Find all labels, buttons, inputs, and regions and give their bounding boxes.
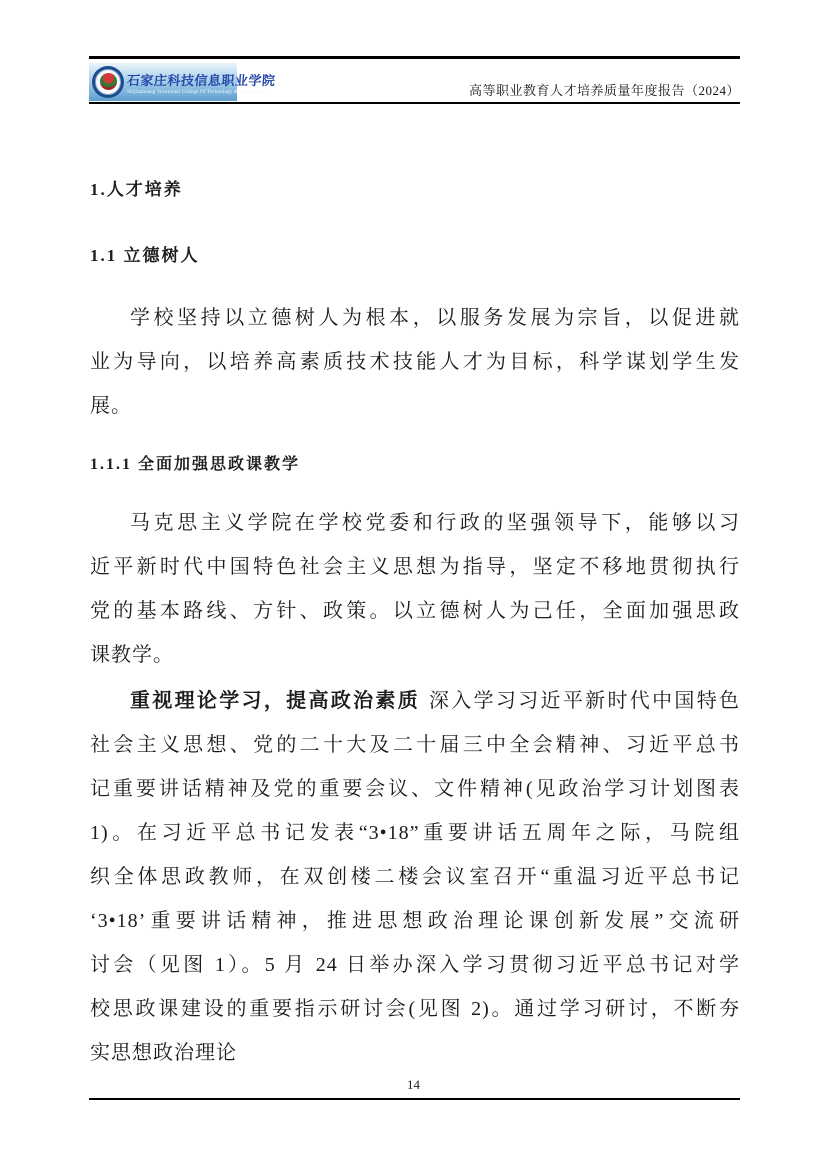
text-line: 校思政课建设的重要指示研讨会(见图 2)。通过学习研讨，不断夯 [90, 987, 740, 1031]
text-line: 织全体思政教师，在双创楼二楼会议室召开“重温习近平总书记 [90, 855, 740, 899]
footer-rule [89, 1098, 740, 1100]
document-content: 1.人才培养 1.1 立德树人 学校坚持以立德树人为根本，以服务发展为宗旨，以促… [0, 179, 827, 1075]
page-header-inner: 石家庄科技信息职业学院 Shijiazhuang Vocational Coll… [89, 63, 740, 101]
paragraph-2: 马克思主义学院在学校党委和行政的坚强领导下，能够以习 近平新时代中国特色社会主义… [90, 501, 740, 677]
text-line: 1)。在习近平总书记发表“3•18”重要讲话五周年之际，马院组 [90, 811, 740, 855]
text-line: ‘3•18’重要讲话精神，推进思想政治理论课创新发展”交流研 [90, 899, 740, 943]
text-line: 社会主义思想、党的二十大及二十届三中全会精神、习近平总书 [90, 723, 740, 767]
text-line: 展。 [90, 384, 740, 428]
text-line: 讨会（见图 1）。5 月 24 日举办深入学习贯彻习近平总书记对学 [90, 943, 740, 987]
school-emblem-icon [92, 66, 124, 98]
lead-rest-text: 深入学习习近平新时代中国特色 [429, 690, 740, 712]
text-line: 马克思主义学院在学校党委和行政的坚强领导下，能够以习 [90, 501, 740, 545]
document-page: 石家庄科技信息职业学院 Shijiazhuang Vocational Coll… [0, 0, 827, 1169]
report-title: 高等职业教育人才培养质量年度报告（2024） [469, 80, 740, 101]
school-name-english: Shijiazhuang Vocational College Of Techn… [127, 90, 233, 95]
text-line: 业为导向，以培养高素质技术技能人才为目标，科学谋划学生发 [90, 340, 740, 384]
text-line: 课教学。 [90, 633, 740, 677]
school-logo-text: 石家庄科技信息职业学院 Shijiazhuang Vocational Coll… [127, 70, 233, 95]
text-line: 党的基本路线、方针、政策。以立德树人为己任，全面加强思政 [90, 589, 740, 633]
school-logo: 石家庄科技信息职业学院 Shijiazhuang Vocational Coll… [89, 63, 237, 101]
page-number: 14 [0, 1077, 827, 1093]
text-line: 记重要讲话精神及党的重要会议、文件精神(见政治学习计划图表 [90, 767, 740, 811]
school-name: 石家庄科技信息职业学院 [126, 70, 233, 89]
text-line: 重视理论学习，提高政治素质深入学习习近平新时代中国特色 [90, 679, 740, 723]
bold-lead-text: 重视理论学习，提高政治素质 [130, 690, 420, 712]
page-header: 石家庄科技信息职业学院 Shijiazhuang Vocational Coll… [89, 56, 740, 104]
text-line: 学校坚持以立德树人为根本，以服务发展为宗旨，以促进就 [90, 296, 740, 340]
paragraph-3: 重视理论学习，提高政治素质深入学习习近平新时代中国特色 社会主义思想、党的二十大… [90, 679, 740, 1075]
text-line: 近平新时代中国特色社会主义思想为指导，坚定不移地贯彻执行 [90, 545, 740, 589]
section-heading-1-1: 1.1 立德树人 [90, 245, 740, 267]
section-heading-1: 1.人才培养 [90, 179, 740, 201]
section-heading-1-1-1: 1.1.1 全面加强思政课教学 [90, 454, 740, 475]
paragraph-1: 学校坚持以立德树人为根本，以服务发展为宗旨，以促进就 业为导向，以培养高素质技术… [90, 296, 740, 428]
text-line: 实思想政治理论 [90, 1031, 740, 1075]
